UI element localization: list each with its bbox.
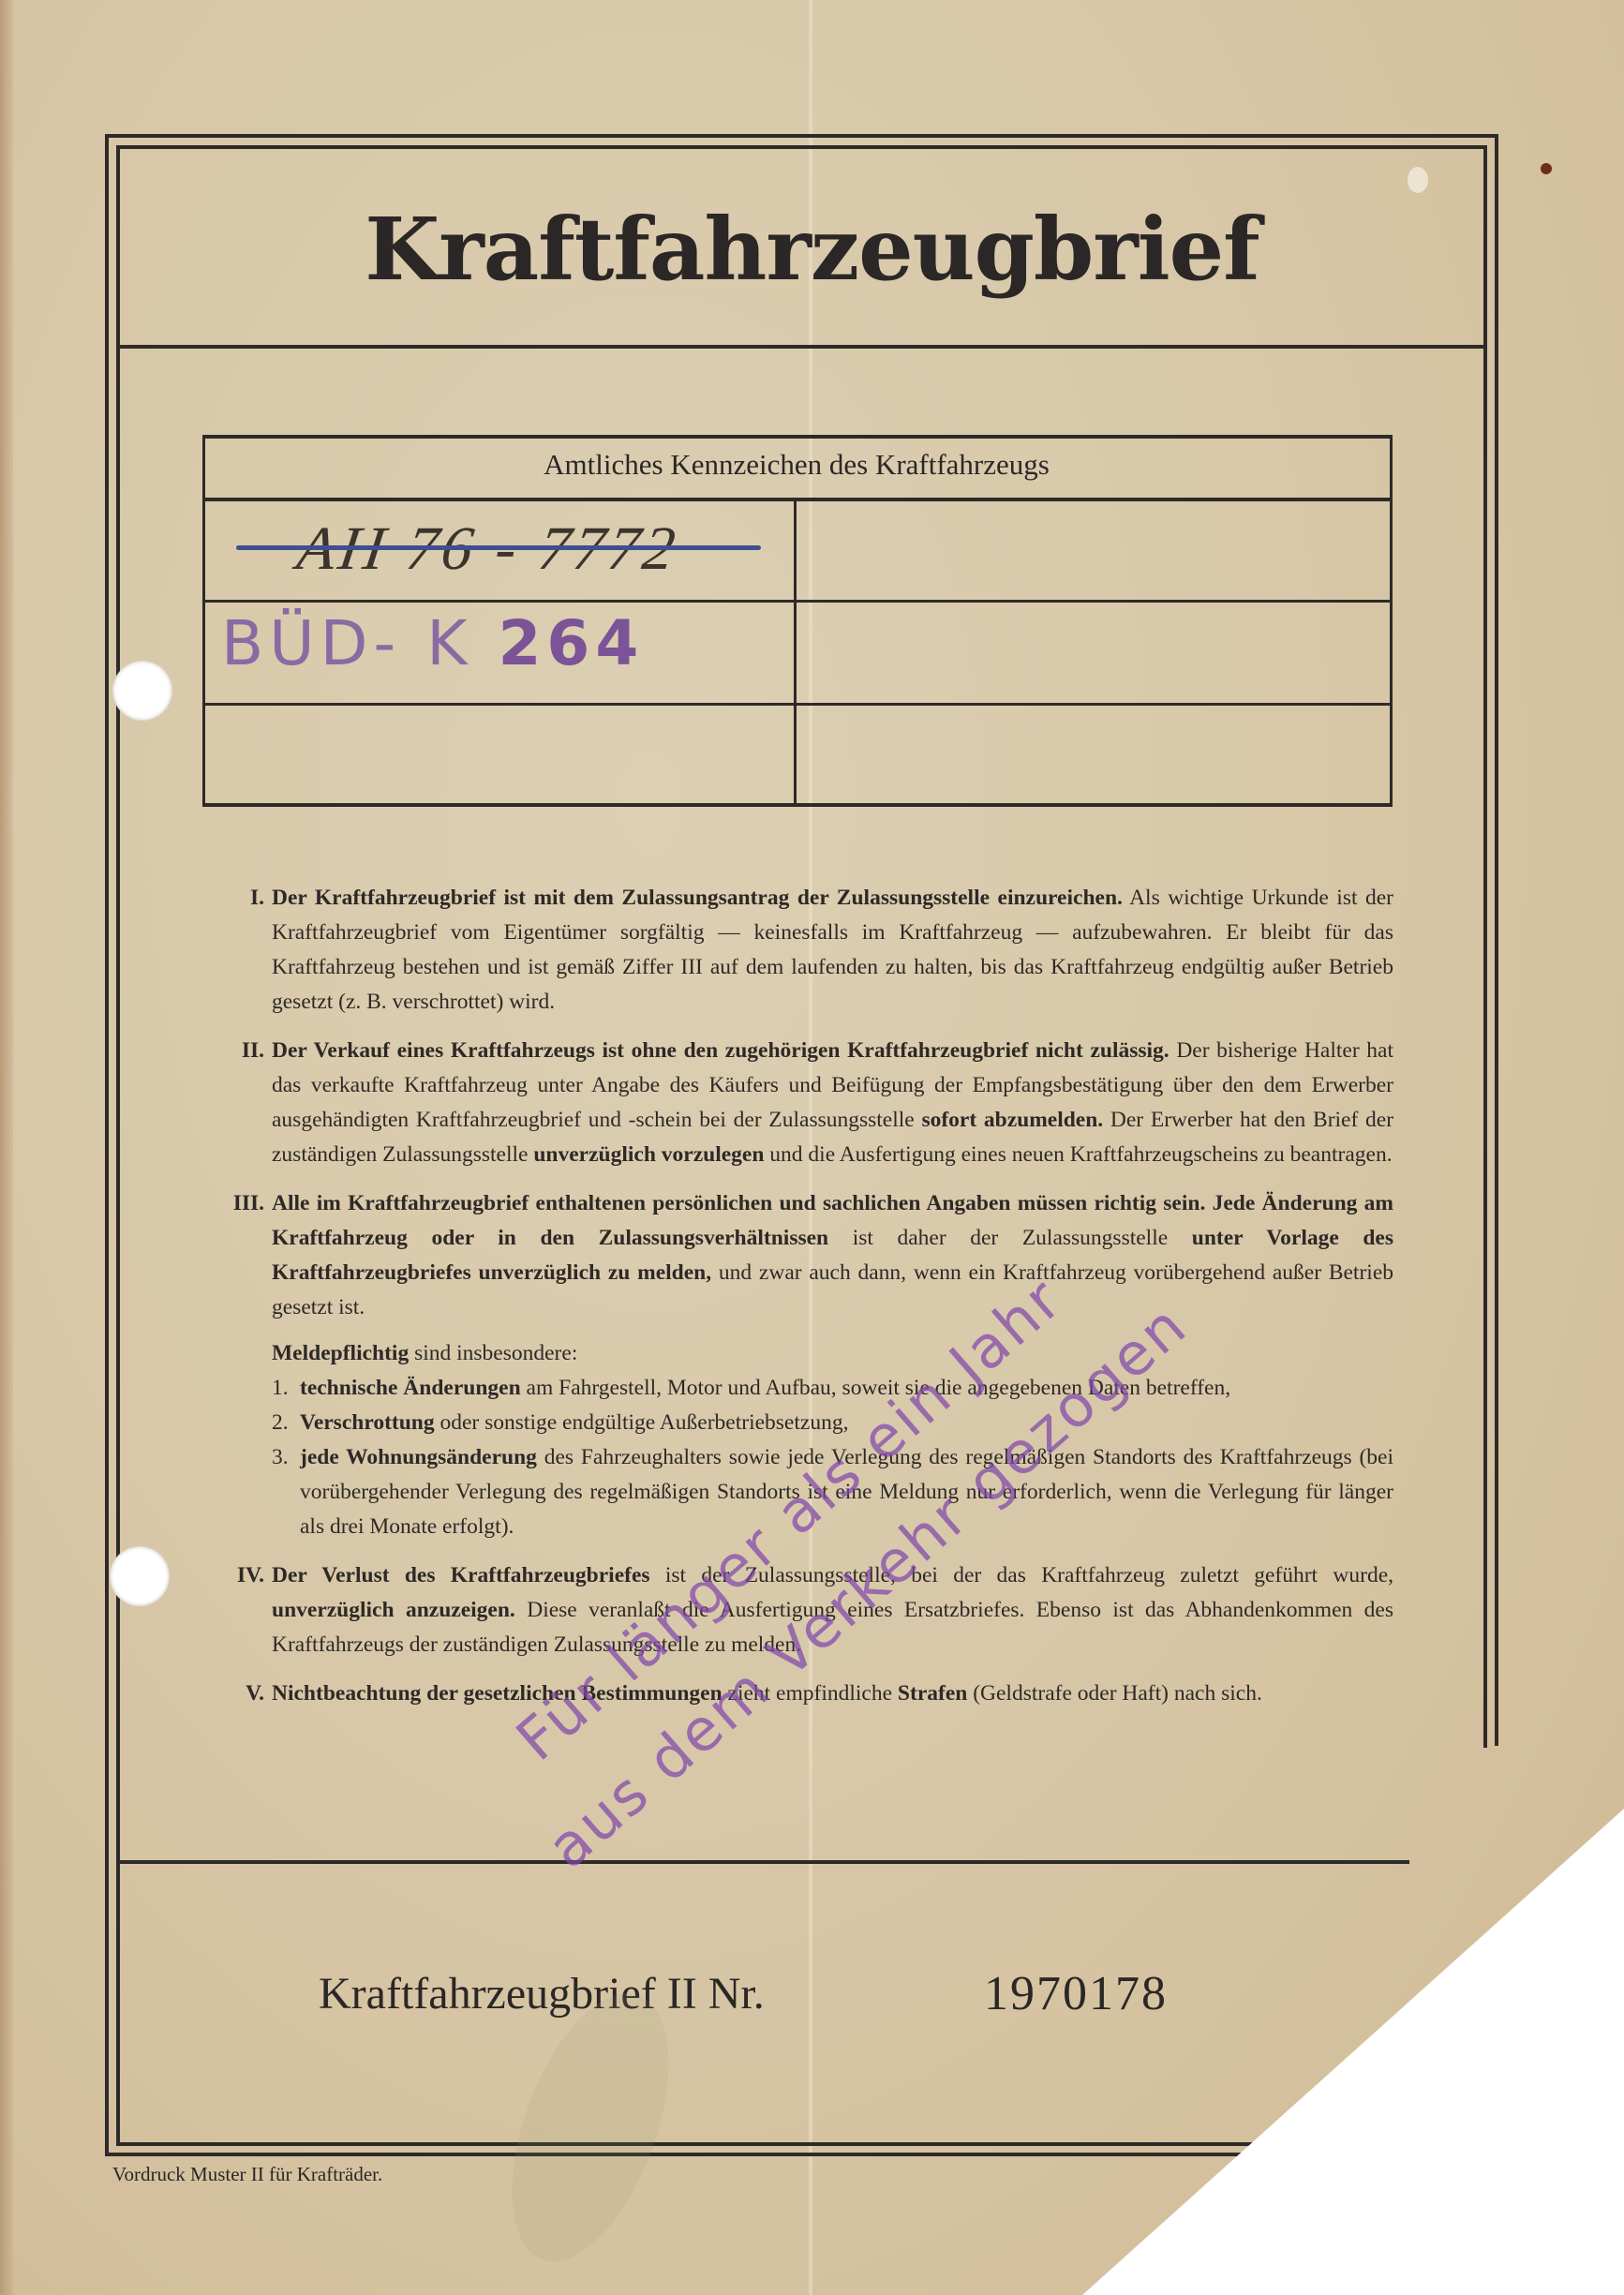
rule-number: II. xyxy=(217,1034,272,1172)
footer-label: Kraftfahrzeugbrief II Nr. xyxy=(319,1968,765,2019)
rule-lead: Der Verkauf eines Kraftfahrzeugs ist ohn… xyxy=(272,1038,1170,1063)
frame-outer-top xyxy=(105,134,1497,138)
rule-2: II. Der Verkauf eines Kraftfahrzeugs ist… xyxy=(217,1034,1393,1172)
rule-text: ist daher der Zulassungsstelle xyxy=(853,1226,1168,1250)
reportable-heading-text: sind insbesondere: xyxy=(414,1341,577,1365)
frame-outer-bottom xyxy=(105,2153,1323,2156)
rule-1: I. Der Kraftfahrzeugbrief ist mit dem Zu… xyxy=(217,881,1393,1020)
footer-divider xyxy=(116,1860,1409,1864)
punch-hole-bottom xyxy=(110,1546,170,1606)
plate-table-left xyxy=(202,435,205,806)
plate-letter: K xyxy=(426,607,472,679)
rule-emphasis: sofort abzumelden. xyxy=(921,1108,1103,1132)
form-note: Vordruck Muster II für Krafträder. xyxy=(112,2163,382,2186)
rule-number: III. xyxy=(217,1186,272,1544)
plate-table-middle xyxy=(794,498,797,805)
new-plate-stamp: BÜD- K 264 xyxy=(221,607,644,679)
frame-outer-right xyxy=(1495,134,1498,1746)
plate-table-top xyxy=(202,435,1393,439)
rule-number: IV. xyxy=(217,1558,272,1662)
plate-table-row1 xyxy=(202,498,1393,501)
rust-spot xyxy=(1541,163,1552,174)
strike-through-line xyxy=(236,545,761,550)
document-title: Kraftfahrzeugbrief xyxy=(0,199,1624,300)
rule-lead: Nichtbeachtung der gesetzlichen Bestimmu… xyxy=(272,1681,723,1706)
staple-mark xyxy=(1408,167,1428,193)
frame-inner-right xyxy=(1483,145,1487,1748)
rule-lead: Der Kraftfahrzeugbrief ist mit dem Zulas… xyxy=(272,886,1123,910)
plate-table-row3 xyxy=(202,703,1393,706)
rule-text: (Geldstrafe oder Haft) nach sich. xyxy=(973,1681,1262,1706)
rule-emphasis: Strafen xyxy=(898,1681,967,1706)
rule-number: I. xyxy=(217,881,272,1020)
rule-emphasis: unverzüglich vorzulegen xyxy=(533,1142,764,1167)
frame-inner-top xyxy=(116,145,1485,149)
plate-number: 264 xyxy=(498,607,644,679)
plate-caption: Amtliches Kennzeichen des Kraftfahrzeugs xyxy=(202,448,1391,482)
frame-inner-bottom xyxy=(116,2142,1331,2146)
plate-table-bottom xyxy=(202,803,1393,807)
document-paper: Kraftfahrzeugbrief Amtliches Kennzeichen… xyxy=(0,0,1624,2295)
rule-emphasis: unverzüglich anzuzeigen. xyxy=(272,1598,515,1622)
frame-inner-left xyxy=(116,145,120,2143)
rule-lead: Der Verlust des Kraftfahrzeugbriefes xyxy=(272,1563,650,1587)
rule-number: V. xyxy=(217,1677,272,1711)
punch-hole-top xyxy=(112,661,172,721)
rule-text: und die Ausfertigung eines neuen Kraftfa… xyxy=(769,1142,1392,1167)
plate-table-row2 xyxy=(202,600,1393,603)
plate-prefix: BÜD- xyxy=(221,607,401,679)
title-divider xyxy=(116,345,1485,349)
frame-outer-left xyxy=(105,134,109,2154)
serial-number: 1970178 xyxy=(984,1966,1168,2021)
reportable-item: 1. technische Änderungen am Fahrgestell,… xyxy=(272,1371,1393,1406)
plate-table-right xyxy=(1390,435,1393,806)
paper-edge xyxy=(0,0,13,2295)
reportable-heading: Meldepflichtig xyxy=(272,1341,409,1365)
